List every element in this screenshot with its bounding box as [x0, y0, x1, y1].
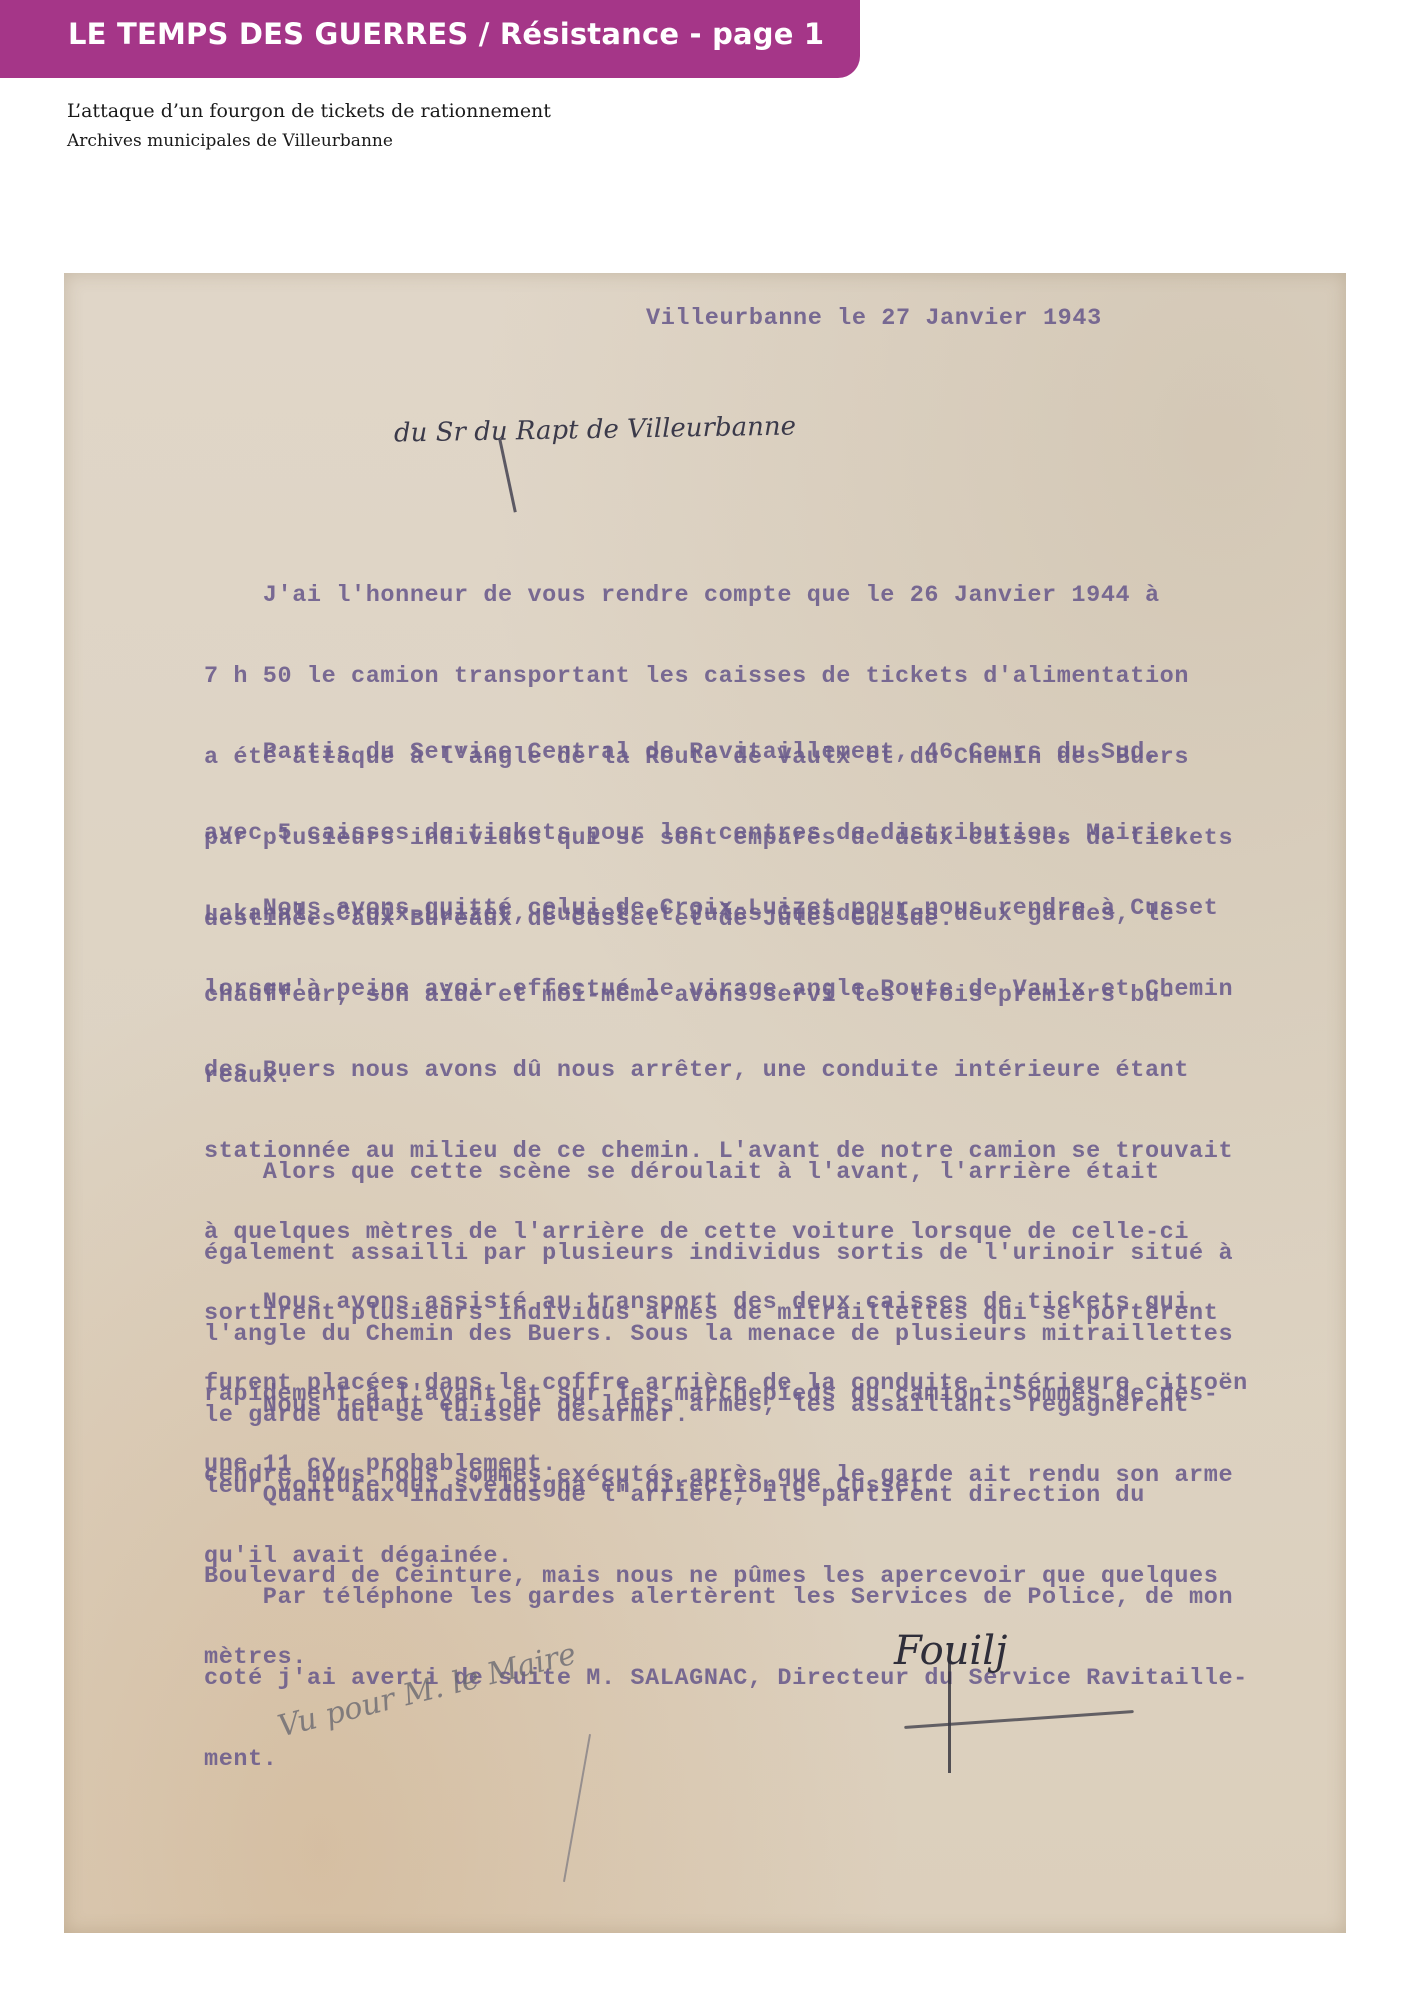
text-line: Nous tenant en joue de leurs armes, les … [204, 1392, 1189, 1419]
archival-letter-scan: Villeurbanne le 27 Janvier 1943 du Sr du… [64, 273, 1346, 1933]
text-line: ment. [204, 1746, 1248, 1773]
document-source: Archives municipales de Villeurbanne [67, 131, 393, 151]
text-line: Partis du Service Central de Ravitaillem… [204, 739, 1189, 766]
text-line: Par téléphone les gardes alertèrent les … [204, 1584, 1248, 1611]
header-bar: LE TEMPS DES GUERRES / Résistance - page… [0, 0, 860, 78]
letter-date: Villeurbanne le 27 Janvier 1943 [646, 305, 1102, 332]
text-line: Quant aux individus de l'arrière, ils pa… [204, 1482, 1218, 1509]
text-line: Alors que cette scène se déroulait à l'a… [204, 1159, 1233, 1186]
signature-stroke [948, 1643, 951, 1773]
handwritten-annotation: du Sr du Rapt de Villeurbanne [394, 411, 796, 448]
text-line: des Buers nous avons dû nous arrêter, un… [204, 1057, 1233, 1084]
document-caption: L’attaque d’un fourgon de tickets de rat… [67, 100, 551, 122]
text-line: J'ai l'honneur de vous rendre compte que… [204, 582, 1233, 609]
letter-paragraph-8: Par téléphone les gardes alertèrent les … [204, 1530, 1248, 1827]
ink-stroke-mark [498, 439, 517, 513]
text-line: lorsqu'à peine avoir effectué le virage … [204, 976, 1233, 1003]
text-line: Nous avons assisté au transport des deux… [204, 1289, 1248, 1316]
page-title: LE TEMPS DES GUERRES / Résistance - page… [68, 17, 824, 51]
text-line: Nous avons quitté celui de Croix-Luizet … [204, 895, 1233, 922]
